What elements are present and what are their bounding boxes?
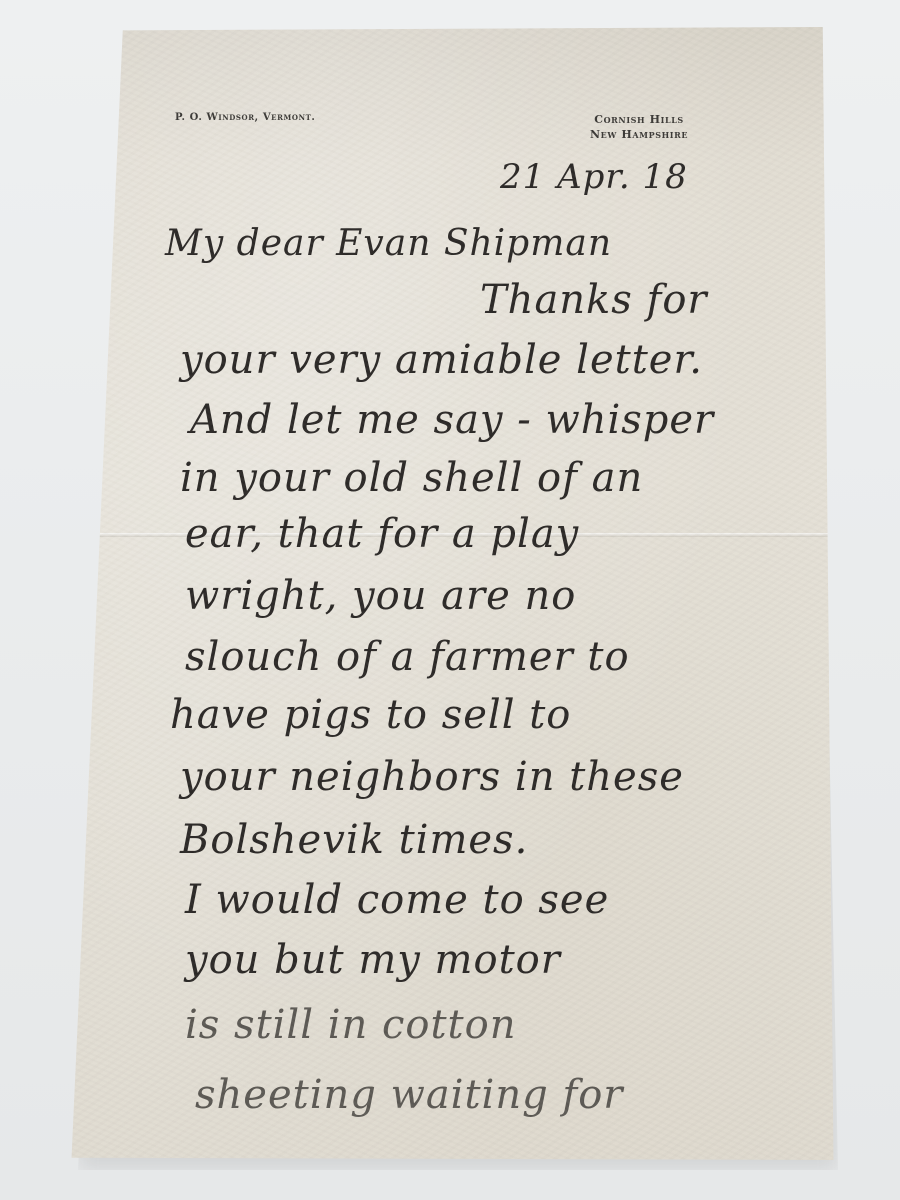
letter-salutation: My dear Evan Shipman — [165, 223, 612, 264]
body-line: have pigs to sell to — [170, 692, 571, 738]
body-line: And let me say - whisper — [190, 397, 714, 443]
letter-date: 21 Apr. 18 — [500, 157, 688, 197]
letterhead-right-line2: New Hampshire — [590, 127, 688, 142]
letterhead-address-right: Cornish Hills New Hampshire — [590, 112, 688, 142]
letter-sheet: P. O. Windsor, Vermont. Cornish Hills Ne… — [70, 27, 835, 1160]
body-line: slouch of a farmer to — [185, 634, 630, 680]
body-line: your very amiable letter. — [180, 337, 703, 383]
body-line: sheeting waiting for — [195, 1072, 623, 1118]
body-line: I would come to see — [185, 877, 609, 923]
body-line: wright, you are no — [185, 573, 576, 619]
letterhead-address-left: P. O. Windsor, Vermont. — [175, 112, 315, 123]
body-line: you but my motor — [185, 937, 561, 983]
letterhead-right-line1: Cornish Hills — [590, 112, 688, 127]
body-line: is still in cotton — [185, 1002, 516, 1048]
body-line: your neighbors in these — [180, 754, 684, 800]
body-line: in your old shell of an — [180, 455, 643, 501]
body-line: ear, that for a play — [185, 511, 579, 557]
body-line: Thanks for — [480, 277, 708, 323]
body-line: Bolshevik times. — [180, 817, 528, 863]
